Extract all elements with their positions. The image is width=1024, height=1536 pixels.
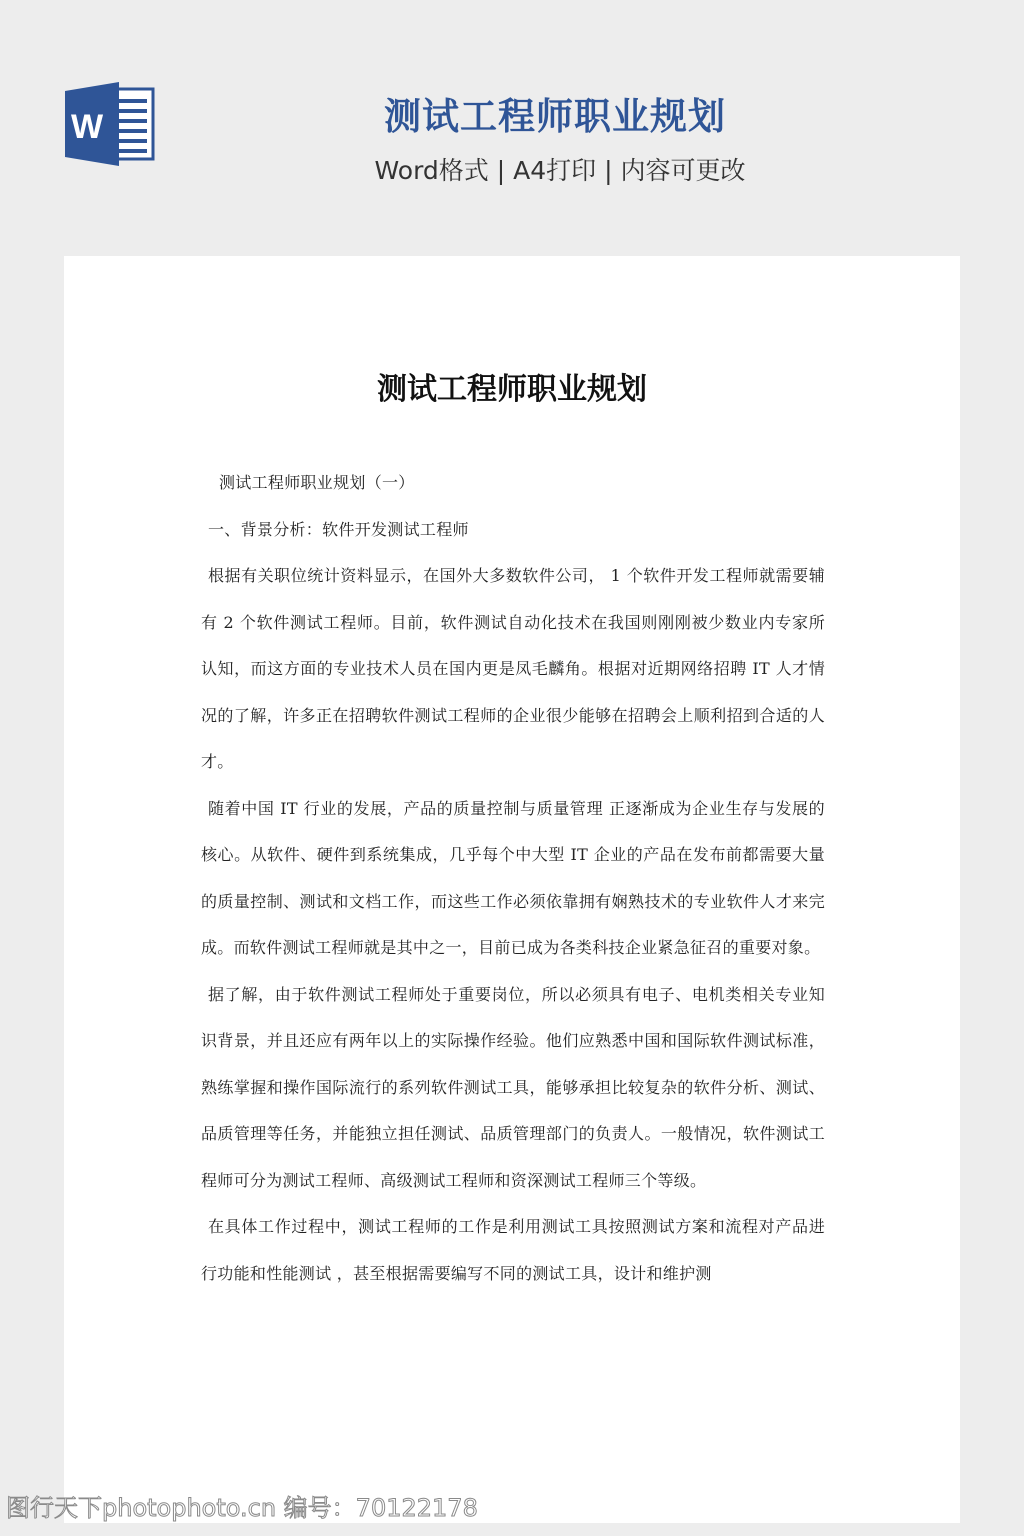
- section-heading: 测试工程师职业规划（一）: [201, 460, 825, 507]
- header-subtitle: Word格式 | A4打印 | 内容可更改: [300, 152, 820, 190]
- document-page: 测试工程师职业规划 测试工程师职业规划（一） 一、背景分析：软件开发测试工程师 …: [64, 256, 960, 1523]
- paragraph: 根据有关职位统计资料显示，在国外大多数软件公司， 1 个软件开发工程师就需要辅有…: [201, 553, 825, 786]
- subsection-heading: 一、背景分析：软件开发测试工程师: [201, 507, 825, 554]
- document-title: 测试工程师职业规划: [64, 364, 960, 416]
- document-body: 测试工程师职业规划（一） 一、背景分析：软件开发测试工程师 根据有关职位统计资料…: [201, 460, 825, 1297]
- paragraph: 据了解，由于软件测试工程师处于重要岗位，所以必须具有电子、电机类相关专业知识背景…: [201, 972, 825, 1205]
- paragraph: 在具体工作过程中，测试工程师的工作是利用测试工具按照测试方案和流程对产品进行功能…: [201, 1204, 825, 1297]
- watermark-text: 图行天下photophoto.cn 编号：70122178: [6, 1492, 478, 1524]
- header-title: 测试工程师职业规划: [300, 92, 810, 142]
- paragraph: 随着中国 IT 行业的发展，产品的质量控制与质量管理 正逐渐成为企业生存与发展的…: [201, 786, 825, 972]
- header-banner: W 测试工程师职业规划 Word格式 | A4打印 | 内容可更改: [0, 0, 1024, 256]
- word-document-icon: W: [65, 82, 157, 166]
- svg-text:W: W: [71, 108, 104, 146]
